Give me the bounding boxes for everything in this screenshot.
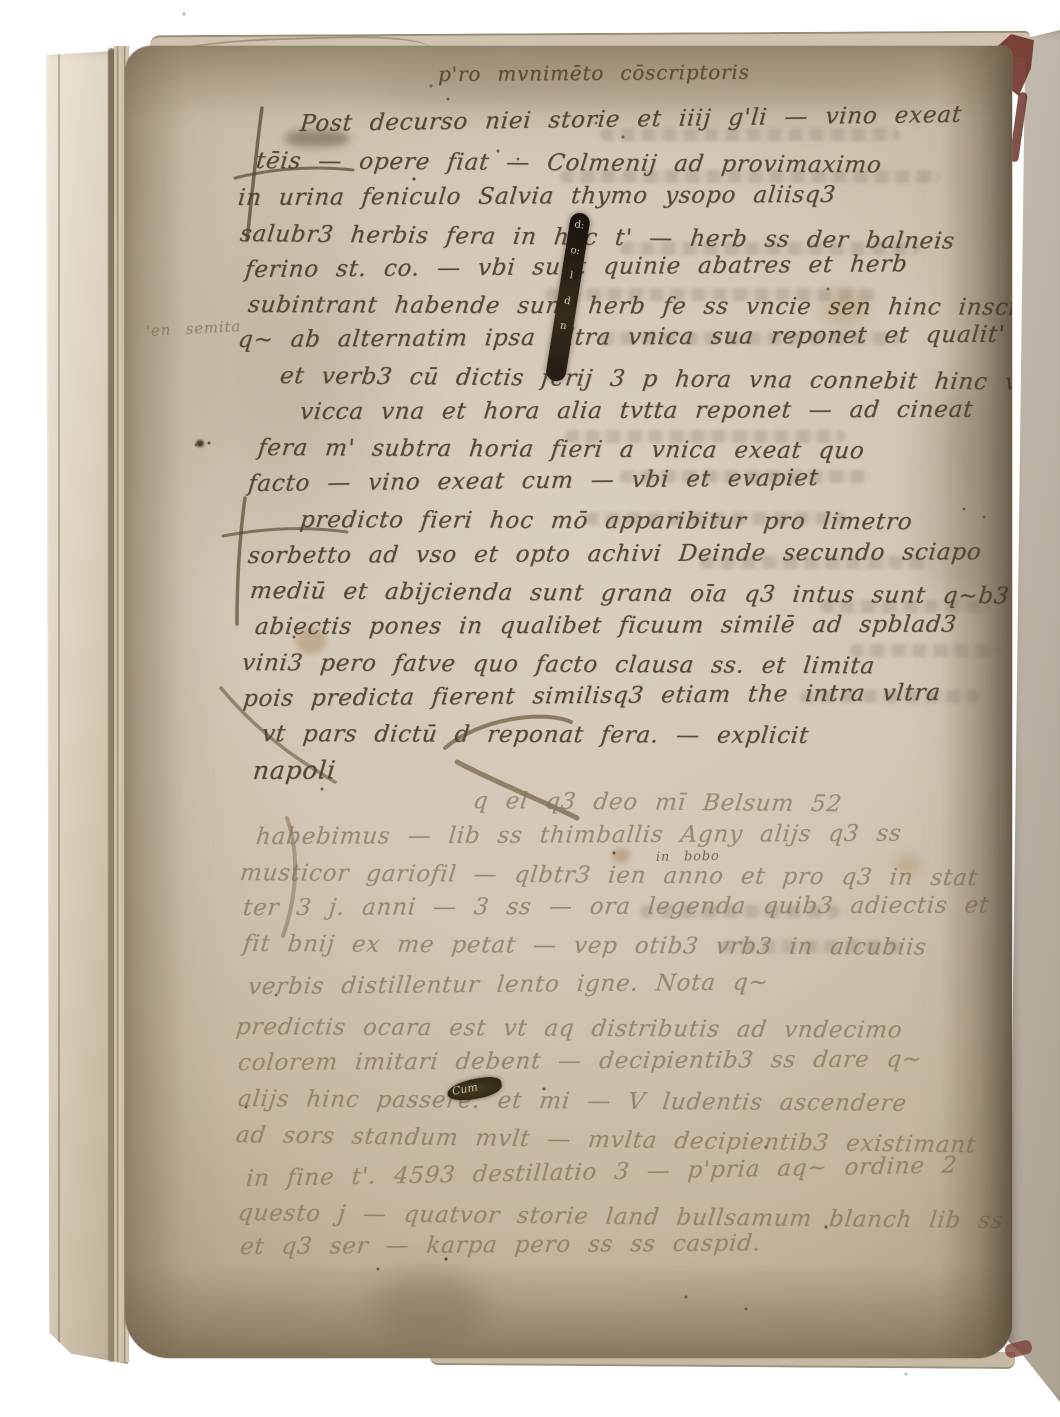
ink-blot-letter: o: [569, 237, 582, 264]
photo-background: p'ro mvnimēto cōscriptoris 'en semita in… [0, 0, 1060, 1417]
manuscript-line: napoli [252, 755, 338, 785]
manuscript-line: vini3 pero fatve quo facto clausa ss. et… [241, 650, 877, 679]
manuscript-line: verbis distillentur lento igne. Nota q~ [247, 969, 770, 1000]
manuscript-line: predicto fieri hoc mō apparibitur pro li… [299, 507, 914, 535]
gutter-shadow [940, 46, 1012, 1358]
top-edge-shading [125, 46, 1012, 118]
cover-crease-line [58, 50, 60, 1364]
manuscript-line: vt pars dictū d reponat fera. — explicit [261, 721, 811, 749]
manuscript-line: subintrant habende sunt herb fe ss vncie… [247, 292, 1012, 321]
dust-specks [0, 0, 2, 2]
manuscript-line: et q3 ser — karpa pero ss ss caspid. [239, 1230, 762, 1260]
manuscript-line: predictis ocara est vt aq distributis ad… [235, 1014, 904, 1043]
ink-blot-letter: n [558, 313, 568, 339]
manuscript-line: sorbetto ad vso et opto achivi Deinde se… [247, 539, 983, 569]
manuscript-line: musticor gariofil — qlbtr3 ien anno et p… [239, 860, 980, 891]
manuscript-page: p'ro mvnimēto cōscriptoris 'en semita in… [125, 46, 1012, 1358]
right-cover-board [1004, 30, 1060, 1402]
manuscript-line: tēis — opere fiat — Colmenij ad provimax… [255, 148, 883, 178]
ink-blot-letter: d: [572, 212, 586, 239]
ink-blot-letter: l [568, 263, 575, 289]
manuscript-line: alijs hinc passere. et mi — V ludentis a… [237, 1086, 909, 1117]
manuscript-line: in urina feniculo Salvia thymo ysopo ali… [237, 182, 837, 211]
ink-blot-letter: d [562, 288, 572, 314]
bottom-edge-shading [125, 1263, 1012, 1358]
manuscript-line: fera m' subtra horia fieri a vnica exeat… [257, 435, 866, 464]
manuscript-line: fit bnij ex me petat — vep otib3 vrb3 in… [242, 931, 929, 961]
manuscript-line: colorem imitari debent — decipientib3 ss… [237, 1046, 924, 1076]
manuscript-line: ter 3 j. anni — 3 ss — ora legenda quib3… [242, 892, 991, 921]
manuscript-line: habebimus — lib ss thimballis Agny alijs… [255, 821, 903, 850]
manuscript-line: abiectis pones in qualibet ficuum similē… [254, 612, 958, 640]
left-edge-shading [125, 46, 185, 1358]
manuscript-line: q~ ab alternatim ipsa vltra vnica sua re… [237, 322, 1007, 353]
manuscript-line: mediū et abijcienda sunt grana oīa q3 in… [249, 578, 1011, 609]
manuscript-line: vicca vna et hora alia tvtta reponet — a… [299, 397, 975, 425]
manuscript-line: q el q3 deo mī Belsum 52 [472, 788, 844, 817]
